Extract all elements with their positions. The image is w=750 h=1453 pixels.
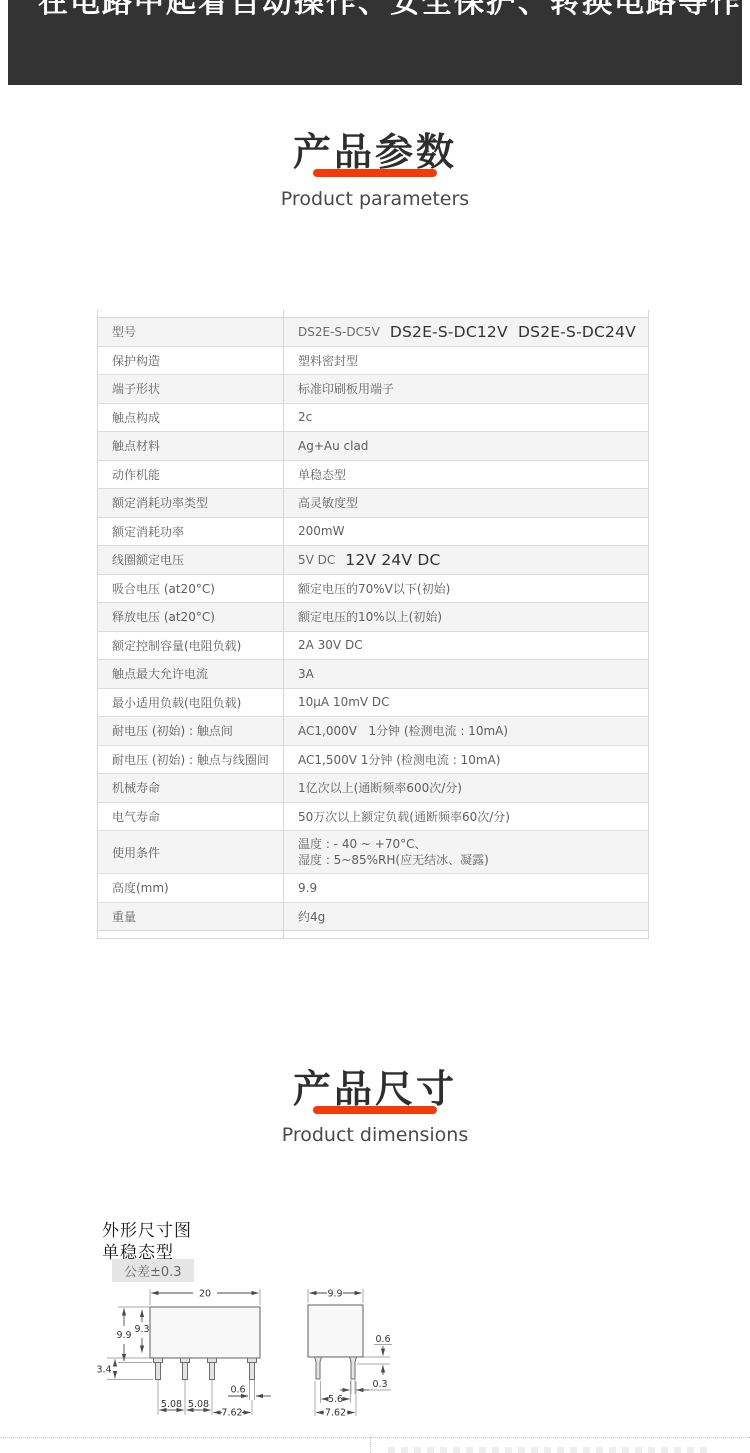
param-label: 线圈额定电压: [98, 546, 284, 574]
param-label: 高度(mm): [98, 874, 284, 902]
param-value: 约4g: [284, 903, 648, 931]
param-label: 耐电压 (初始) : 触点与线圈间: [98, 746, 284, 774]
table-row: 重量约4g: [98, 903, 648, 932]
table-row: 耐电压 (初始) : 触点与线圈间AC1,500V 1分钟 (检测电流 : 10…: [98, 746, 648, 775]
product-detail-page: 在电路中起着自动操作、安全保护、转换电路等作用。 产品参数 Product pa…: [0, 0, 750, 1453]
table-row: 额定控制容量(电阻负载)2A 30V DC: [98, 632, 648, 661]
param-label: 重量: [98, 903, 284, 931]
param-value: 额定电压的70%V以下(初始): [284, 575, 648, 603]
params-section-subtitle: Product parameters: [0, 188, 750, 210]
relay-body-side: [308, 1305, 363, 1357]
dim-pitch-c: 7.62: [221, 1408, 242, 1419]
table-row: 机械寿命1亿次以上(通断频率600次/分): [98, 774, 648, 803]
param-label: 型号: [98, 318, 284, 346]
param-value: 3A: [284, 660, 648, 688]
dim-pitch-a: 5.08: [161, 1399, 182, 1410]
param-label: 吸合电压 (at20°C): [98, 575, 284, 603]
table-row: 型号DS2E-S-DC5VDS2E-S-DC12V DS2E-S-DC24V: [98, 318, 648, 347]
table-row: 电气寿命50万次以上额定负载(通断频率60次/分): [98, 803, 648, 832]
param-value: 额定电压的10%以上(初始): [284, 603, 648, 631]
param-value: AC1,500V 1分钟 (检测电流 : 10mA): [284, 746, 648, 774]
param-label: 最小适用负载(电阻负载): [98, 689, 284, 717]
table-row: 最小适用负载(电阻负载)10μA 10mV DC: [98, 689, 648, 718]
outline-dimension-drawing: 20 9.9 9.3 3.4 0.6 5.08 5.08 7.62: [95, 1282, 440, 1434]
param-label: 端子形状: [98, 375, 284, 403]
param-label: 触点材料: [98, 432, 284, 460]
dim-pin-width-front: 0.6: [230, 1385, 245, 1396]
params-table: 型号DS2E-S-DC5VDS2E-S-DC12V DS2E-S-DC24V保护…: [97, 310, 649, 939]
dim-side-pitch-outer: 7.62: [325, 1408, 346, 1419]
table-row: 额定消耗功率200mW: [98, 518, 648, 547]
top-banner: 在电路中起着自动操作、安全保护、转换电路等作用。: [8, 0, 742, 85]
param-label: 动作机能: [98, 461, 284, 489]
dim-pin-length: 3.4: [96, 1365, 111, 1376]
param-value: 50万次以上额定负载(通断频率60次/分): [284, 803, 648, 831]
param-value: 2A 30V DC: [284, 632, 648, 660]
param-label: 保护构造: [98, 347, 284, 375]
dim-pin-width-side: 0.3: [372, 1379, 387, 1390]
dim-side-pitch-inner: 5.6: [328, 1394, 343, 1405]
param-value: 1亿次以上(通断频率600次/分): [284, 774, 648, 802]
param-label: 额定控制容量(电阻负载): [98, 632, 284, 660]
param-value: AC1,000V 1分钟 (检测电流 : 10mA): [284, 717, 648, 745]
param-label: 额定消耗功率: [98, 518, 284, 546]
table-row: 动作机能单稳态型: [98, 461, 648, 490]
param-label: 电气寿命: [98, 803, 284, 831]
table-row: 保护构造塑料密封型: [98, 347, 648, 376]
dimensions-section-subtitle: Product dimensions: [0, 1124, 750, 1146]
table-row: 释放电压 (at20°C)额定电压的10%以上(初始): [98, 603, 648, 632]
param-value: 标准印刷板用端子: [284, 375, 648, 403]
table-row: 耐电压 (初始) : 触点间AC1,000V 1分钟 (检测电流 : 10mA): [98, 717, 648, 746]
side-pins: [315, 1357, 357, 1379]
dim-height-outer: 9.9: [116, 1330, 131, 1341]
param-value: 高灵敏度型: [284, 489, 648, 517]
param-label: 机械寿命: [98, 774, 284, 802]
param-value: 2c: [284, 404, 648, 432]
table-row: 触点材料Ag+Au clad: [98, 432, 648, 461]
dim-pitch-b: 5.08: [188, 1399, 209, 1410]
dim-side-width: 9.9: [327, 1289, 342, 1300]
table-row: 额定消耗功率类型高灵敏度型: [98, 489, 648, 518]
param-value: 温度 : - 40 ~ +70°C、湿度 : 5~85%RH(应无结冰、凝露): [284, 831, 648, 873]
table-row: 吸合电压 (at20°C)额定电压的70%V以下(初始): [98, 575, 648, 604]
table-top-cutoff-row: [98, 310, 648, 318]
param-value: 单稳态型: [284, 461, 648, 489]
dimensions-section-title: 产品尺寸: [0, 1058, 750, 1113]
dimensions-accent-underline: [313, 1106, 437, 1114]
param-value: 10μA 10mV DC: [284, 689, 648, 717]
relay-body-front: [150, 1307, 260, 1358]
param-value: 塑料密封型: [284, 347, 648, 375]
params-table-body: 型号DS2E-S-DC5VDS2E-S-DC12V DS2E-S-DC24V保护…: [98, 318, 648, 931]
param-label: 触点最大允许电流: [98, 660, 284, 688]
param-value: 200mW: [284, 518, 648, 546]
param-label: 释放电压 (at20°C): [98, 603, 284, 631]
table-row: 线圈额定电压5V DC12V 24V DC: [98, 546, 648, 575]
param-label: 额定消耗功率类型: [98, 489, 284, 517]
param-value: 9.9: [284, 874, 648, 902]
param-label: 触点构成: [98, 404, 284, 432]
dim-standoff: 0.6: [375, 1334, 390, 1345]
table-row: 端子形状标准印刷板用端子: [98, 375, 648, 404]
param-value: Ag+Au clad: [284, 432, 648, 460]
params-accent-underline: [313, 169, 437, 177]
param-label: 使用条件: [98, 831, 284, 873]
table-bottom-cutoff-row: [98, 931, 648, 938]
table-row: 触点构成2c: [98, 404, 648, 433]
dim-height-inner: 9.3: [134, 1324, 149, 1335]
bottom-dotted-divider: [370, 1437, 371, 1453]
tolerance-chip: 公差±0.3: [112, 1259, 194, 1282]
param-label: 耐电压 (初始) : 触点间: [98, 717, 284, 745]
bottom-dotted-separator: [0, 1437, 750, 1438]
table-row: 使用条件温度 : - 40 ~ +70°C、湿度 : 5~85%RH(应无结冰、…: [98, 831, 648, 874]
front-pins: [154, 1358, 257, 1380]
params-section-title: 产品参数: [0, 121, 750, 176]
table-row: 触点最大允许电流3A: [98, 660, 648, 689]
banner-headline: 在电路中起着自动操作、安全保护、转换电路等作用。: [38, 0, 742, 21]
param-value: 5V DC12V 24V DC: [284, 546, 648, 574]
table-row: 高度(mm)9.9: [98, 874, 648, 903]
dim-front-width: 20: [199, 1289, 211, 1300]
param-value: DS2E-S-DC5VDS2E-S-DC12V DS2E-S-DC24V: [284, 318, 648, 346]
cut-off-text-remnant: [388, 1447, 708, 1453]
